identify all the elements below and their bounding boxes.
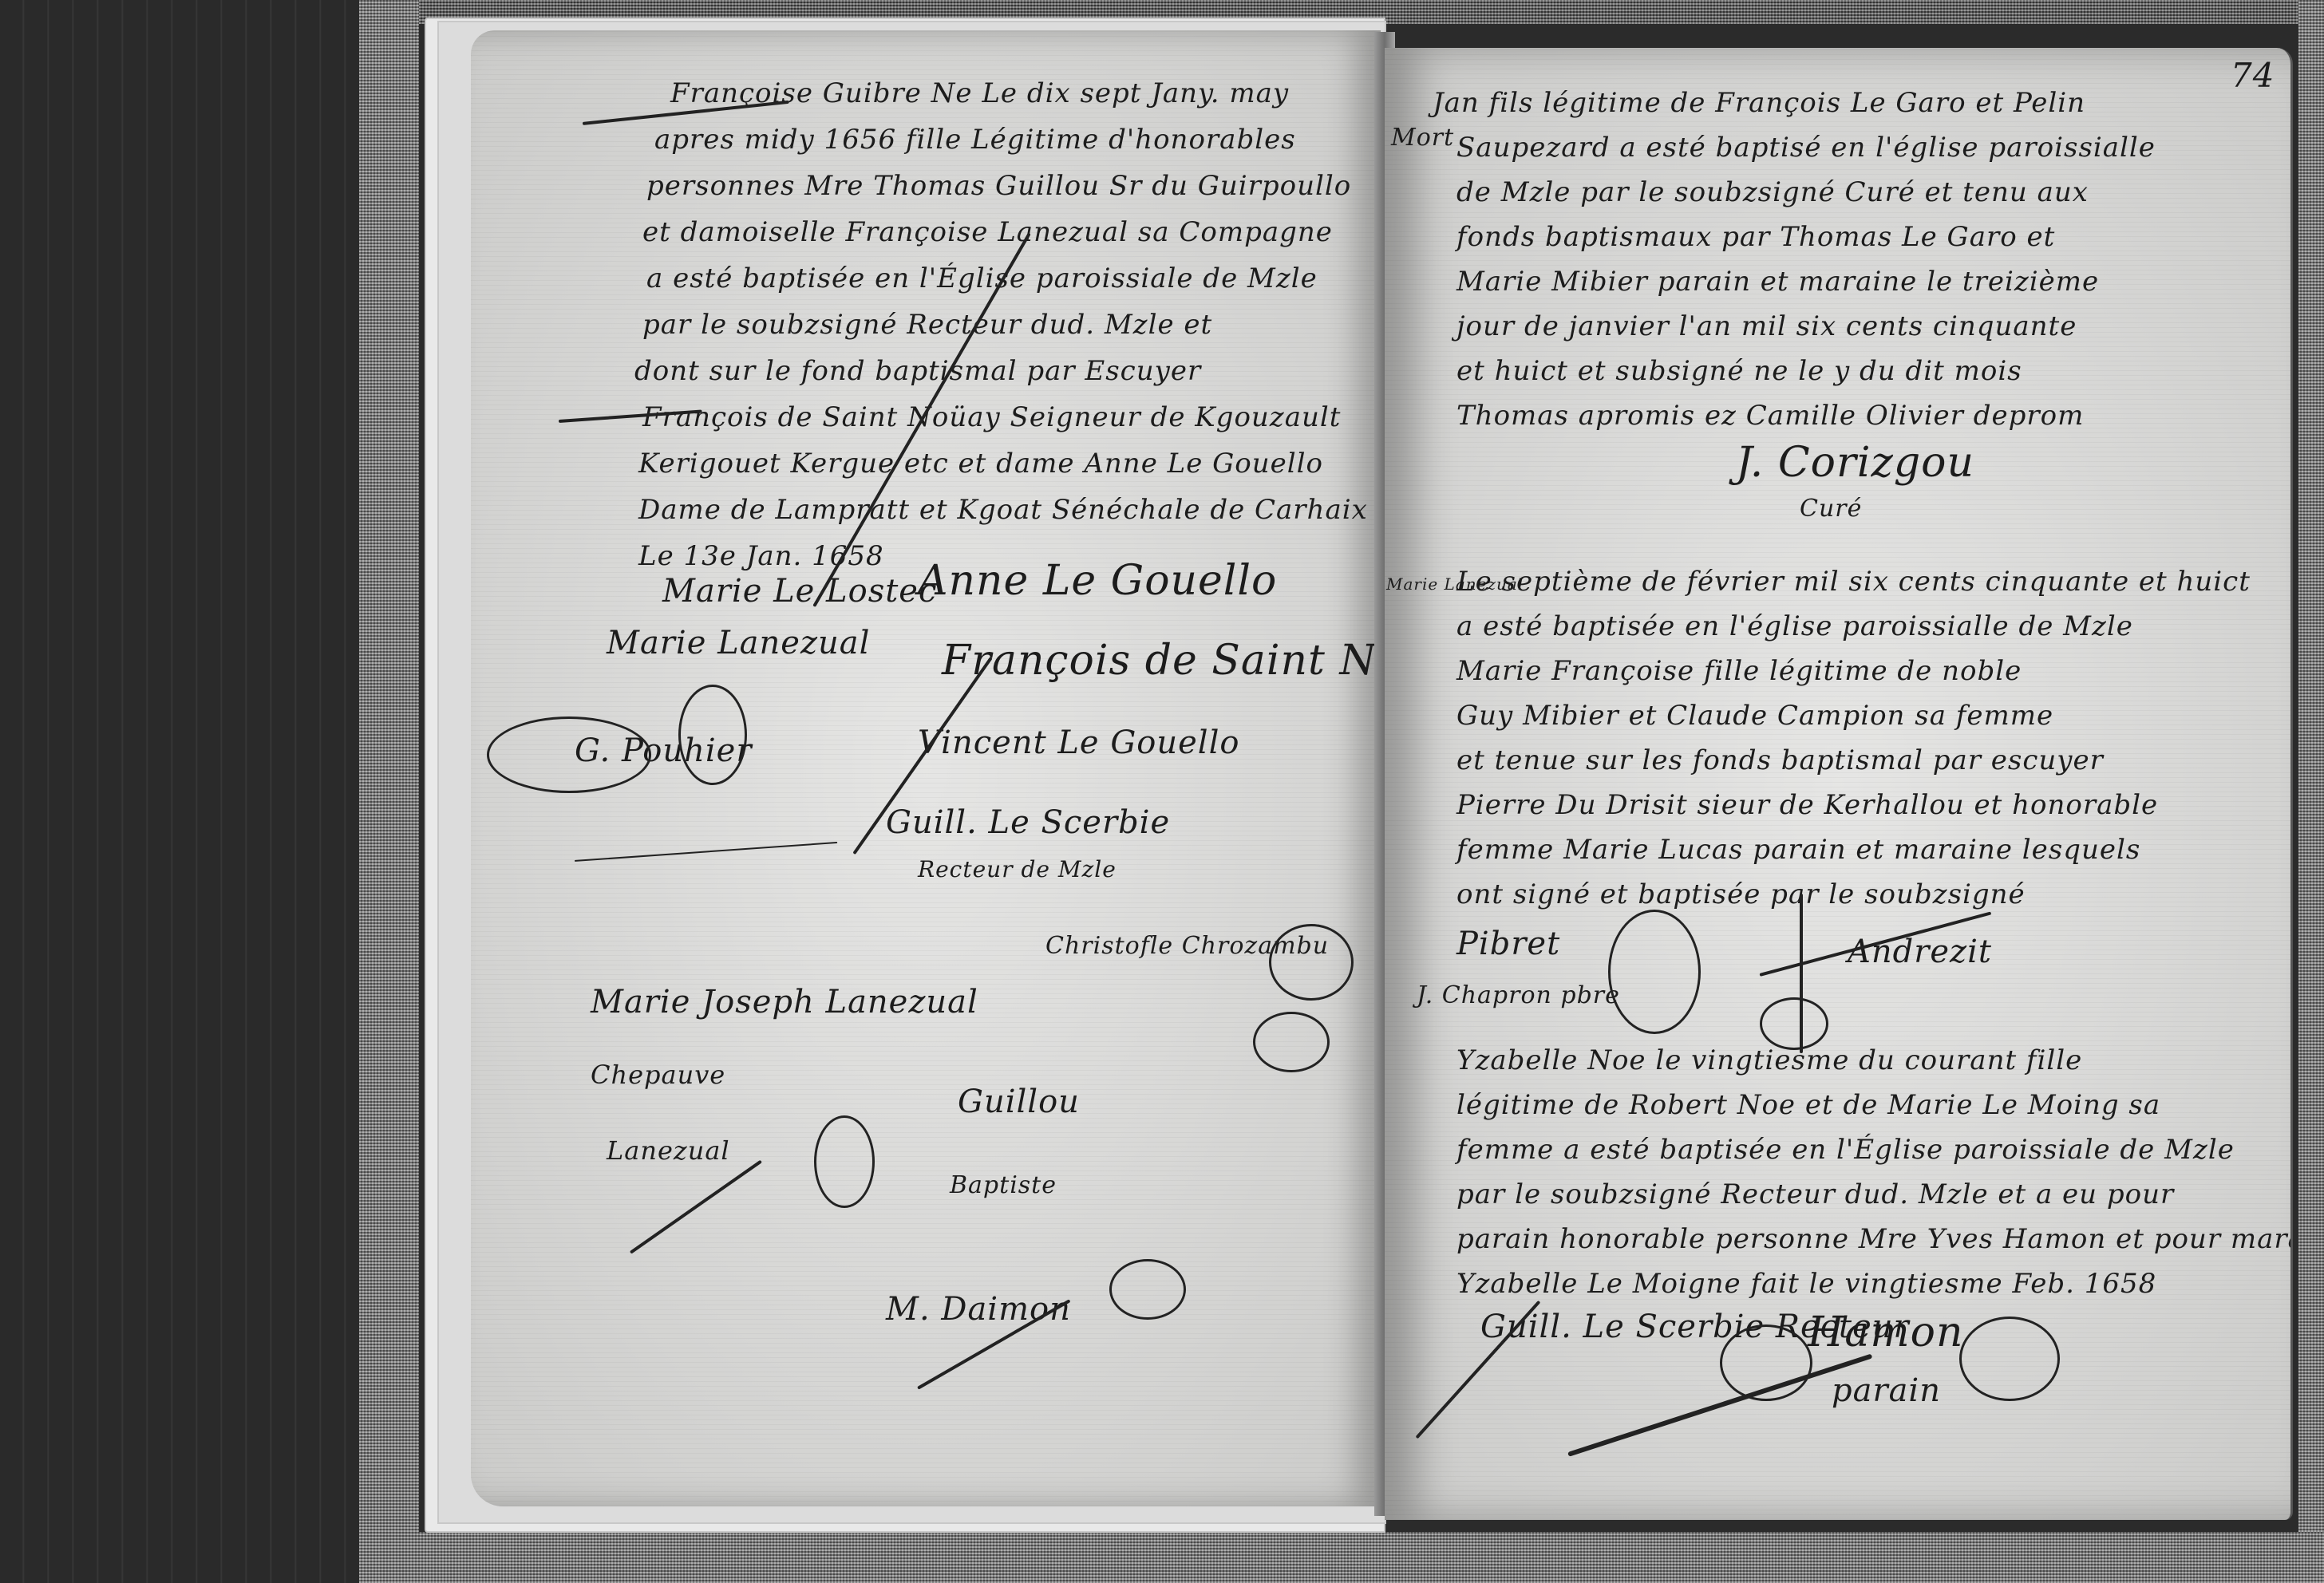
margin-note: Mort bbox=[1391, 124, 1454, 152]
entry-line: ont signé et baptisée par le soubzsigné bbox=[1456, 871, 2026, 918]
pen-stroke bbox=[1800, 894, 1803, 1053]
right-page: 74 Mort Jan fils légitime de François Le… bbox=[1385, 48, 2293, 1520]
signature-flourish bbox=[1608, 910, 1701, 1034]
signature-flourish bbox=[1959, 1317, 2060, 1401]
folio-number: 74 bbox=[2231, 56, 2275, 95]
entry-line: et tenue sur les fonds baptismal par esc… bbox=[1456, 737, 2104, 784]
entry-line: jour de janvier l'an mil six cents cinqu… bbox=[1456, 303, 2077, 349]
entry-line: Thomas apromis ez Camille Olivier deprom bbox=[1456, 393, 2084, 439]
signature: François de Saint Noüay bbox=[942, 637, 1381, 685]
signature: Marie Joseph Lanezual bbox=[591, 984, 978, 1020]
entry-line: a esté baptisée en l'Église paroissiale … bbox=[646, 255, 1318, 302]
entry-line: personnes Mre Thomas Guillou Sr du Guirp… bbox=[646, 163, 1351, 209]
entry-line: Kerigouet Kergue etc et dame Anne Le Gou… bbox=[638, 440, 1323, 487]
signature: J. Chapron pbre bbox=[1417, 981, 1620, 1009]
entry-line: et damoiselle Françoise Lanezual sa Comp… bbox=[642, 209, 1333, 255]
book-cover-bottom bbox=[359, 1532, 2324, 1583]
signature-flourish bbox=[678, 685, 747, 785]
signature: Guillou bbox=[958, 1084, 1080, 1120]
entry-line: apres midy 1656 fille Légitime d'honorab… bbox=[654, 116, 1296, 163]
signature: Guill. Le Scerbie bbox=[886, 804, 1170, 841]
pen-stroke bbox=[630, 1160, 762, 1254]
entry-line: Marie Françoise fille légitime de noble bbox=[1456, 648, 2022, 694]
entry-line: Yzabelle Noe le vingtiesme du courant fi… bbox=[1456, 1037, 2082, 1084]
signature: J. Corizgou bbox=[1736, 439, 1974, 487]
entry-line: par le soubzsigné Recteur dud. Mzle et a… bbox=[1456, 1171, 2174, 1218]
signature: parain bbox=[1832, 1372, 1941, 1409]
signature: Pibret bbox=[1456, 926, 1560, 962]
entry-line: légitime de Robert Noe et de Marie Le Mo… bbox=[1456, 1082, 2160, 1128]
signature-flourish bbox=[1253, 1012, 1330, 1072]
signature-flourish bbox=[814, 1115, 875, 1208]
entry-line: Pierre Du Drisit sieur de Kerhallou et h… bbox=[1456, 782, 2158, 828]
signature: Hamon bbox=[1808, 1309, 1963, 1356]
pen-stroke bbox=[1416, 1301, 1541, 1439]
entry-line: Le septième de février mil six cents cin… bbox=[1456, 559, 2251, 605]
entry-line: de Mzle par le soubzsigné Curé et tenu a… bbox=[1456, 169, 2089, 215]
signature-flourish bbox=[1269, 924, 1354, 1001]
entry-line: et huict et subsigné ne le y du dit mois bbox=[1456, 348, 2022, 394]
signature-title: Curé bbox=[1800, 495, 1862, 523]
entry-line: Yzabelle Le Moigne fait le vingtiesme Fe… bbox=[1456, 1261, 2156, 1307]
entry-line: Saupezard a esté baptisé en l'église par… bbox=[1456, 124, 2156, 171]
entry-line: Jan fils légitime de François Le Garo et… bbox=[1433, 80, 2085, 126]
book-cover-right bbox=[2298, 0, 2324, 1583]
left-page: Françoise Guibre Ne Le dix sept Jany. ma… bbox=[471, 30, 1381, 1506]
signature-flourish bbox=[1109, 1259, 1186, 1320]
signature: Lanezual bbox=[607, 1135, 730, 1166]
entry-line: Marie Mibier parain et maraine le treizi… bbox=[1456, 259, 2099, 305]
signature: Chepauve bbox=[591, 1060, 725, 1090]
entry-line: par le soubzsigné Recteur dud. Mzle et bbox=[642, 302, 1212, 348]
entry-line: femme a esté baptisée en l'Église parois… bbox=[1456, 1127, 2235, 1173]
signature-title: Recteur de Mzle bbox=[918, 856, 1117, 882]
signature: Marie Le Lostec bbox=[662, 573, 937, 610]
entry-line: a esté baptisée en l'église paroissialle… bbox=[1456, 603, 2133, 649]
signature: Baptiste bbox=[950, 1171, 1057, 1199]
ruled-line bbox=[575, 842, 837, 862]
signature: Vincent Le Gouello bbox=[918, 724, 1239, 761]
signature-flourish bbox=[487, 716, 651, 793]
entry-line: fonds baptismaux par Thomas Le Garo et bbox=[1456, 214, 2055, 260]
entry-line: Dame de Lampratt et Kgoat Sénéchale de C… bbox=[638, 487, 1368, 533]
signature: Marie Lanezual bbox=[607, 625, 870, 661]
signature: M. Daimon bbox=[886, 1291, 1071, 1328]
entry-line: François de Saint Noüay Seigneur de Kgou… bbox=[642, 394, 1341, 440]
entry-line: Françoise Guibre Ne Le dix sept Jany. ma… bbox=[670, 70, 1289, 116]
entry-line: dont sur le fond baptismal par Escuyer bbox=[634, 348, 1201, 394]
entry-line: Guy Mibier et Claude Campion sa femme bbox=[1456, 693, 2053, 739]
book-cover-left bbox=[359, 0, 419, 1583]
entry-line: parain honorable personne Mre Yves Hamon… bbox=[1456, 1216, 2293, 1262]
entry-line: femme Marie Lucas parain et maraine lesq… bbox=[1456, 827, 2140, 873]
scanner-background bbox=[0, 0, 363, 1583]
signature: Andrezit bbox=[1848, 934, 1992, 970]
signature: Anne Le Gouello bbox=[918, 557, 1277, 605]
